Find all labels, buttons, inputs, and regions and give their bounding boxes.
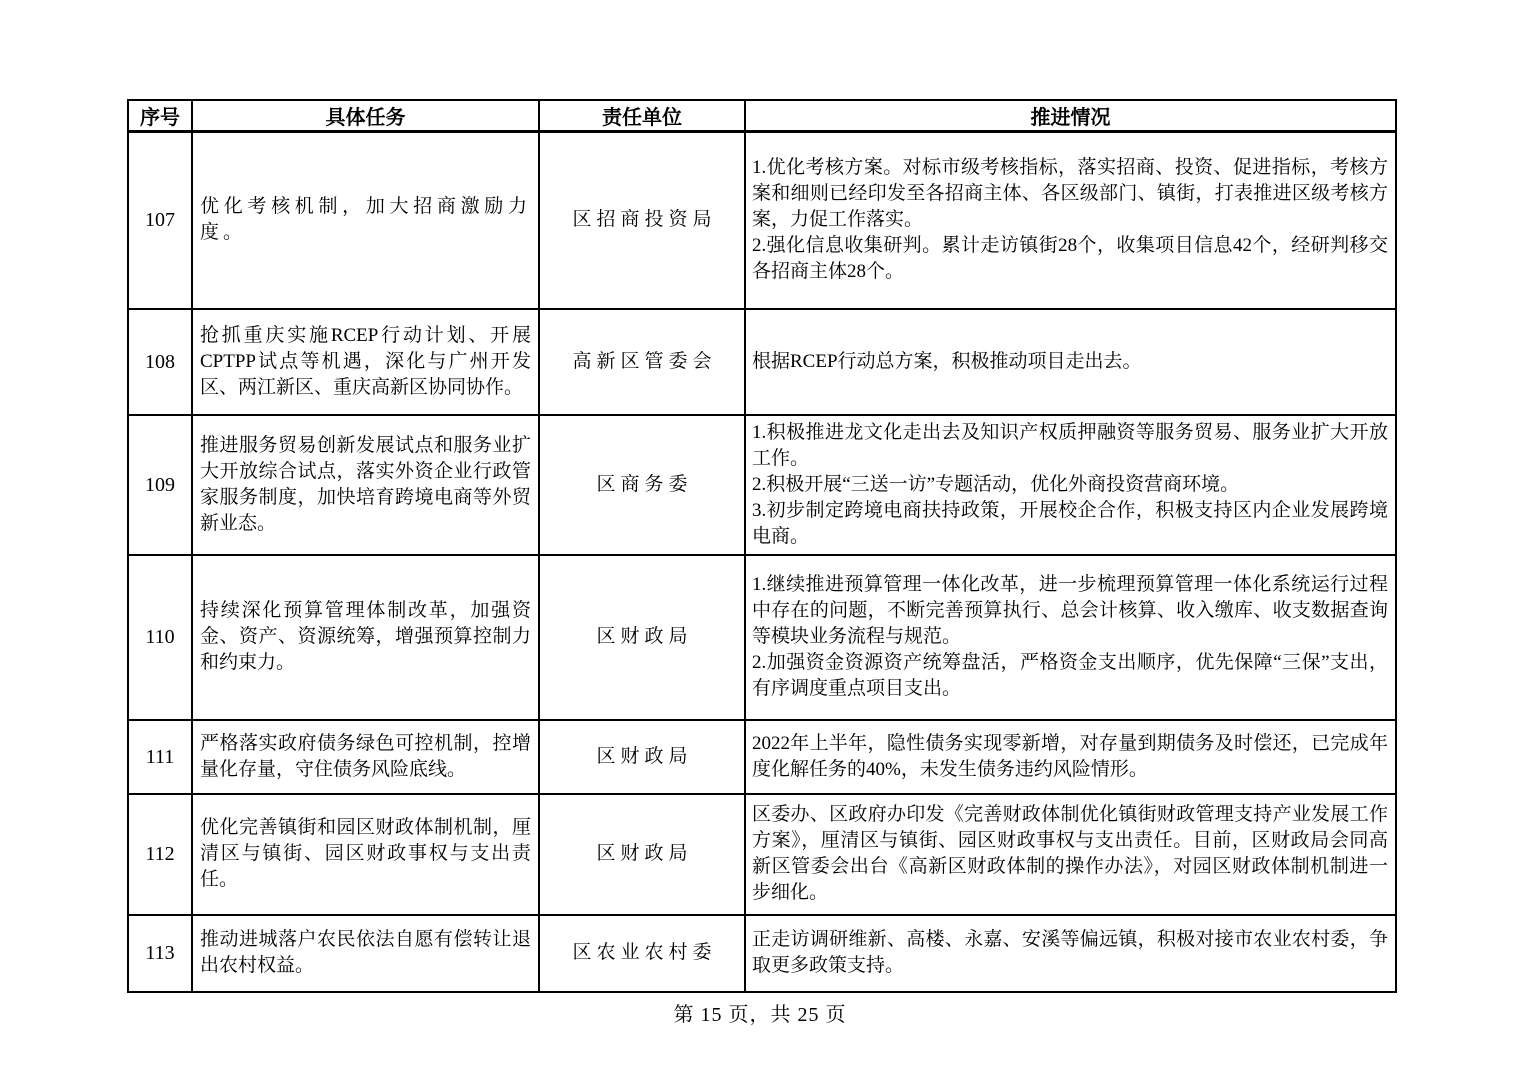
progress-cell: 1.继续推进预算管理一体化改革，进一步梳理预算管理一体化系统运行过程中存在的问题… <box>745 555 1396 720</box>
progress-cell: 1.积极推进龙文化走出去及知识产权质押融资等服务贸易、服务业扩大开放工作。 2.… <box>745 415 1396 555</box>
task-text: 优化完善镇街和园区财政体制机制，厘清区与镇街、园区财政事权与支出责任。 <box>200 815 531 893</box>
task-cell: 优化考核机制，加大招商激励力度。 <box>192 132 539 309</box>
progress-cell: 根据RCEP行动总方案，积极推动项目走出去。 <box>745 309 1396 415</box>
progress-item: 1.继续推进预算管理一体化改革，进一步梳理预算管理一体化系统运行过程中存在的问题… <box>752 572 1388 650</box>
task-text: 推进服务贸易创新发展试点和服务业扩大开放综合试点，落实外资企业行政管家服务制度，… <box>200 433 531 537</box>
progress-item: 区委办、区政府办印发《完善财政体制优化镇街财政管理支持产业发展工作方案》，厘清区… <box>752 802 1388 906</box>
task-text: 抢抓重庆实施RCEP行动计划、开展CPTPP试点等机遇，深化与广州开发区、两江新… <box>200 323 531 401</box>
progress-cell: 正走访调研维新、高楼、永嘉、安溪等偏远镇，积极对接市农业农村委，争取更多政策支持… <box>745 915 1396 992</box>
progress-item: 1.积极推进龙文化走出去及知识产权质押融资等服务贸易、服务业扩大开放工作。 <box>752 420 1388 472</box>
task-text: 持续深化预算管理体制改革，加强资金、资产、资源统筹，增强预算控制力和约束力。 <box>200 598 531 676</box>
table-row: 108 抢抓重庆实施RCEP行动计划、开展CPTPP试点等机遇，深化与广州开发区… <box>128 309 1396 415</box>
task-text: 严格落实政府债务绿色可控机制，控增量化存量，守住债务风险底线。 <box>200 731 531 783</box>
table-row: 110 持续深化预算管理体制改革，加强资金、资产、资源统筹，增强预算控制力和约束… <box>128 555 1396 720</box>
unit-cell: 区财政局 <box>539 555 745 720</box>
progress-item: 2022年上半年，隐性债务实现零新增，对存量到期债务及时偿还，已完成年度化解任务… <box>752 731 1388 783</box>
table-row: 109 推进服务贸易创新发展试点和服务业扩大开放综合试点，落实外资企业行政管家服… <box>128 415 1396 555</box>
task-text: 推动进城落户农民依法自愿有偿转让退出农村权益。 <box>200 927 531 979</box>
table-row: 113 推动进城落户农民依法自愿有偿转让退出农村权益。 区农业农村委 正走访调研… <box>128 915 1396 992</box>
task-cell: 持续深化预算管理体制改革，加强资金、资产、资源统筹，增强预算控制力和约束力。 <box>192 555 539 720</box>
unit-cell: 区商务委 <box>539 415 745 555</box>
progress-item: 2.积极开展“三送一访”专题活动，优化外商投资营商环境。 <box>752 472 1388 498</box>
task-cell: 抢抓重庆实施RCEP行动计划、开展CPTPP试点等机遇，深化与广州开发区、两江新… <box>192 309 539 415</box>
task-cell: 推动进城落户农民依法自愿有偿转让退出农村权益。 <box>192 915 539 992</box>
unit-cell: 高新区管委会 <box>539 309 745 415</box>
row-number: 109 <box>128 415 192 555</box>
row-number: 112 <box>128 794 192 915</box>
header-specific-task: 具体任务 <box>192 100 539 132</box>
task-cell: 推进服务贸易创新发展试点和服务业扩大开放综合试点，落实外资企业行政管家服务制度，… <box>192 415 539 555</box>
progress-cell: 1.优化考核方案。对标市级考核指标，落实招商、投资、促进指标，考核方案和细则已经… <box>745 132 1396 309</box>
header-serial-number: 序号 <box>128 100 192 132</box>
progress-item: 2.强化信息收集研判。累计走访镇街28个，收集项目信息42个，经研判移交各招商主… <box>752 233 1388 285</box>
progress-item: 根据RCEP行动总方案，积极推动项目走出去。 <box>752 349 1388 375</box>
header-row: 序号 具体任务 责任单位 推进情况 <box>128 100 1396 132</box>
task-text: 优化考核机制，加大招商激励力度。 <box>200 194 531 246</box>
header-progress-status: 推进情况 <box>745 100 1396 132</box>
unit-cell: 区农业农村委 <box>539 915 745 992</box>
row-number: 111 <box>128 720 192 794</box>
task-cell: 严格落实政府债务绿色可控机制，控增量化存量，守住债务风险底线。 <box>192 720 539 794</box>
progress-item: 3.初步制定跨境电商扶持政策，开展校企合作，积极支持区内企业发展跨境电商。 <box>752 498 1388 550</box>
unit-cell: 区财政局 <box>539 794 745 915</box>
row-number: 107 <box>128 132 192 309</box>
progress-item: 正走访调研维新、高楼、永嘉、安溪等偏远镇，积极对接市农业农村委，争取更多政策支持… <box>752 927 1388 979</box>
unit-cell: 区招商投资局 <box>539 132 745 309</box>
unit-cell: 区财政局 <box>539 720 745 794</box>
progress-item: 1.优化考核方案。对标市级考核指标，落实招商、投资、促进指标，考核方案和细则已经… <box>752 155 1388 233</box>
table-row: 111 严格落实政府债务绿色可控机制，控增量化存量，守住债务风险底线。 区财政局… <box>128 720 1396 794</box>
table-row: 112 优化完善镇街和园区财政体制机制，厘清区与镇街、园区财政事权与支出责任。 … <box>128 794 1396 915</box>
row-number: 110 <box>128 555 192 720</box>
progress-item: 2.加强资金资源资产统筹盘活，严格资金支出顺序，优先保障“三保”支出，有序调度重… <box>752 650 1388 702</box>
table-row: 107 优化考核机制，加大招商激励力度。 区招商投资局 1.优化考核方案。对标市… <box>128 132 1396 309</box>
task-cell: 优化完善镇街和园区财政体制机制，厘清区与镇街、园区财政事权与支出责任。 <box>192 794 539 915</box>
row-number: 113 <box>128 915 192 992</box>
progress-cell: 2022年上半年，隐性债务实现零新增，对存量到期债务及时偿还，已完成年度化解任务… <box>745 720 1396 794</box>
progress-cell: 区委办、区政府办印发《完善财政体制优化镇街财政管理支持产业发展工作方案》，厘清区… <box>745 794 1396 915</box>
header-responsible-unit: 责任单位 <box>539 100 745 132</box>
progress-table: 序号 具体任务 责任单位 推进情况 107 优化考核机制，加大招商激励力度。 区… <box>127 99 1397 993</box>
row-number: 108 <box>128 309 192 415</box>
page-footer: 第 15 页，共 25 页 <box>0 998 1520 1027</box>
